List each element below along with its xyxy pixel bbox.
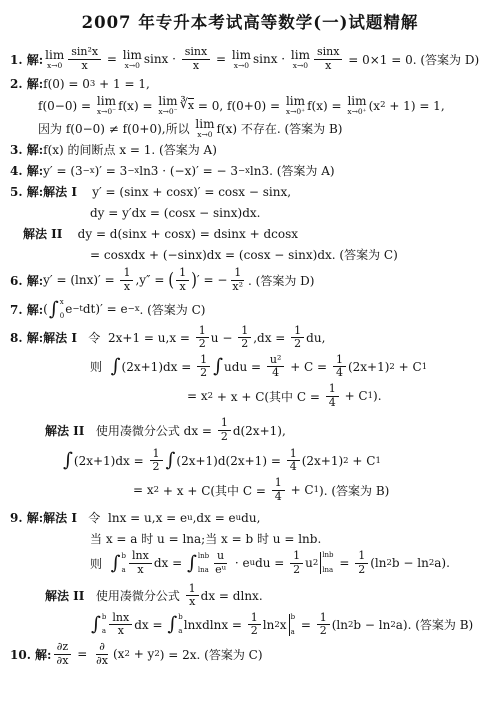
text-run: + C = (286, 360, 331, 374)
fraction: sin²xx (68, 46, 101, 72)
subscript: 1 (375, 457, 380, 466)
limit-operator: limx→0 (195, 118, 214, 139)
text-run: ln3 · (−x)′ = − 3 (139, 164, 238, 178)
solution-lines: 1. 解:limx→0sin²xx = limx→0sinx · sinxx =… (10, 46, 490, 667)
text-run: a). (434, 556, 450, 570)
text-run: u − (211, 331, 236, 345)
text-run: (x (113, 647, 124, 661)
limit-operator: limx→0⁺ (286, 95, 305, 116)
text-run: dt (83, 302, 96, 316)
text-run: 7. 解: (10, 301, 43, 318)
fraction: 12 (196, 325, 209, 351)
text-run: 使用凑微分公式 (84, 587, 183, 604)
superscript: −x (127, 167, 139, 176)
text-run: ′ = e (100, 302, 128, 316)
text-run: (2x+1) (348, 360, 389, 374)
superscript: −x (128, 305, 140, 314)
superscript: −x (83, 167, 95, 176)
text-run: = 0, f(0+0) = (194, 99, 284, 113)
solution-line: 因为 f(0−0) ≠ f(0+0),所以 limx→0f(x) 不存在. (答… (38, 118, 490, 139)
text-run: dy = y′dx = (cosx − sinx)dx. (90, 206, 260, 220)
fraction: 12 (317, 612, 330, 638)
integral-sign: ∫x0 (49, 299, 64, 320)
text-run: udu = (224, 360, 265, 374)
text-run: ln3. (答案为 A) (250, 162, 335, 179)
text-run: dx = (134, 618, 166, 632)
solution-line: 3. 解:f(x) 的间断点 x = 1. (答案为 A) (10, 140, 490, 159)
limit-operator: limx→0 (232, 49, 251, 70)
text-run: (2x+1) (302, 454, 343, 468)
evaluation-bar: lnblna (320, 552, 333, 574)
document: 2007 年专升本考试高等数学(一)试题精解 1. 解:limx→0sin²xx… (0, 0, 496, 667)
text-run: + C (395, 360, 422, 374)
fraction: 12 (218, 417, 231, 443)
solution-line: f(0−0) = limx→0⁻f(x) = limx→0⁻∛x = 0, f(… (38, 95, 490, 116)
text-run: f(x) 的间断点 x = 1. (答案为 A) (43, 141, 217, 158)
solution-line: 当 x = a 时 u = lna;当 x = b 时 u = lnb. (90, 529, 490, 548)
text-run: + 1 = 1, (95, 77, 149, 91)
text-run: + x + C(其中 C = (159, 482, 270, 499)
text-run: 3. 解: (10, 141, 43, 158)
solution-line: = x2 + x + C(其中 C = 14 + C1). (187, 383, 490, 409)
text-run: sinx · (144, 52, 180, 66)
solution-line: 6. 解:y′ = (lnx)′ = 1x,y″ = (1x)′ = −1x².… (10, 267, 490, 293)
fraction: lnxx (129, 550, 152, 576)
text-run: 6. 解: (10, 272, 43, 289)
solution-line: 解法 II 使用凑微分公式 1xdx = dlnx. (45, 583, 490, 609)
text-run: ). (373, 389, 382, 403)
solution-line: 则 ∫(2x+1)dx = 12∫udu = u²4 + C = 14(2x+1… (90, 354, 490, 380)
text-run: . (答案为 C) (140, 301, 206, 318)
text-run: du, (241, 511, 260, 525)
fraction: 14 (272, 477, 285, 503)
text-run: = (336, 556, 354, 570)
fraction: 14 (333, 354, 346, 380)
text-run: b − ln (392, 556, 429, 570)
fraction: 12 (248, 612, 261, 638)
text-run: 8. 解:解法 I (10, 329, 77, 346)
integral-sign: ∫ba (91, 614, 106, 635)
text-run: 令 2x+1 = u,x = (77, 329, 194, 346)
superscript: −t (72, 305, 83, 314)
integral-sign: ∫lnblna (187, 553, 209, 574)
integral-sign: ∫ (213, 357, 223, 376)
text-run: d(2x+1), (233, 424, 286, 438)
solution-line: dy = y′dx = (cosx − sinx)dx. (90, 203, 490, 222)
limit-operator: limx→0⁻ (97, 95, 116, 116)
text-run: f(0) = 0 (43, 77, 90, 91)
text-run: (ln (332, 618, 348, 632)
text-run: 2. 解: (10, 75, 43, 92)
limit-operator: limx→0⁺ (347, 95, 366, 116)
fraction: 1x (186, 583, 199, 609)
text-run: ,y″ = (135, 273, 168, 287)
text-run: 4. 解: (10, 162, 43, 179)
fraction: 1x² (229, 267, 246, 293)
text-run: = x (133, 483, 154, 497)
limit-operator: limx→0 (291, 49, 310, 70)
solution-line: 1. 解:limx→0sin²xx = limx→0sinx · sinxx =… (10, 46, 490, 72)
text-run: du, (306, 331, 325, 345)
text-run: lnxdlnx = (184, 618, 246, 632)
solution-line: 4. 解:y′ = (3−x)′ = 3−xln3 · (−x)′ = − 3−… (10, 161, 490, 180)
evaluation-bar: ba (289, 614, 295, 636)
fraction: sinxx (182, 46, 210, 72)
text-run: = 0×1 = 0. (答案为 D) (344, 51, 479, 68)
text-run: f(x) = (118, 99, 156, 113)
text-run: + C (287, 483, 314, 497)
fraction: ueᵘ (212, 550, 229, 576)
limit-operator: limx→0 (45, 49, 64, 70)
text-run: (2x+1)d(2x+1) = (176, 454, 284, 468)
solution-line: 则 ∫balnxxdx = ∫lnblnaueᵘ · eudu = 12u2ln… (90, 550, 490, 576)
text-run: 1. 解: (10, 51, 43, 68)
text-run: + C (341, 389, 368, 403)
fraction: 12 (197, 354, 210, 380)
text-run: f(0−0) = (38, 99, 95, 113)
integral-sign: ∫ba (111, 553, 126, 574)
text-run: 9. 解:解法 I (10, 509, 77, 526)
text-run: y′ = (3 (43, 164, 83, 178)
solution-line: = x2 + x + C(其中 C = 14 + C1). (答案为 B) (133, 477, 490, 503)
text-run: + y (130, 647, 154, 661)
fraction: ∂z∂x (54, 641, 72, 667)
solution-line: ∫balnxxdx = ∫balnxdlnx = 12ln2xba = 12(l… (90, 612, 490, 638)
solution-line: 2. 解:f(0) = 03 + 1 = 1, (10, 74, 490, 93)
document-title: 2007 年专升本考试高等数学(一)试题精解 (10, 9, 490, 33)
text-run: ,dx = e (193, 511, 236, 525)
subscript: 1 (422, 363, 427, 372)
fraction: sinxx (314, 46, 342, 72)
text-run: ,dx = (253, 331, 289, 345)
text-run: b − ln (353, 618, 390, 632)
limit-operator: limx→0 (123, 49, 142, 70)
text-run: 因为 f(0−0) ≠ f(0+0),所以 (38, 120, 193, 137)
fraction: 12 (355, 550, 368, 576)
text-run: = (103, 52, 121, 66)
superscript: −x (238, 167, 250, 176)
text-run: 5. 解:解法 I (10, 183, 77, 200)
text-run: y′ = (sinx + cosx)′ = cosx − sinx, (77, 185, 291, 199)
fraction: lnxx (109, 612, 132, 638)
fraction: 12 (290, 550, 303, 576)
solution-line: 7. 解:(∫x0e−tdt)′ = e−x. (答案为 C) (10, 299, 490, 320)
text-run: 解法 II (45, 422, 84, 439)
fraction: ∂∂x (93, 641, 111, 667)
text-run: sinx · (253, 52, 289, 66)
text-run: 解法 II (45, 587, 84, 604)
fraction: 12 (291, 325, 304, 351)
text-run: ). (答案为 B) (319, 482, 389, 499)
text-run: ′ = − (197, 273, 227, 287)
text-run: + 1) = 1, (386, 99, 445, 113)
cube-root-radical: ∛x (180, 98, 195, 113)
text-run: dx = dlnx. (201, 589, 263, 603)
text-run: (ln (370, 556, 386, 570)
text-run: f(x) = (307, 99, 345, 113)
text-run: 令 lnx = u,x = e (77, 509, 187, 526)
text-run: 则 (90, 358, 110, 375)
fraction: u²4 (267, 354, 285, 380)
text-run: u (305, 556, 313, 570)
integral-sign: ∫ (166, 451, 176, 470)
text-run: )′ = 3 (95, 164, 128, 178)
paren: ( (168, 271, 174, 290)
text-run: (x (369, 99, 380, 113)
fraction: 12 (150, 448, 163, 474)
text-run: = x (187, 389, 208, 403)
text-run: = (297, 618, 315, 632)
limit-operator: limx→0⁻ (158, 95, 177, 116)
fraction: 14 (287, 448, 300, 474)
text-run: 解法 II (23, 225, 62, 242)
text-run: ln (263, 618, 275, 632)
fraction: 1x (176, 267, 189, 293)
integral-sign: ∫ba (167, 614, 182, 635)
text-run: (2x+1)dx = (74, 454, 148, 468)
text-run: ) = 2x. (答案为 C) (160, 646, 263, 663)
text-run: (2x+1)dx = (122, 360, 196, 374)
solution-line: 8. 解:解法 I 令 2x+1 = u,x = 12u − 12,dx = 1… (10, 325, 490, 351)
integral-sign: ∫ (111, 357, 121, 376)
text-run: 则 (90, 555, 110, 572)
text-run: = (73, 647, 91, 661)
text-run: 使用凑微分公式 dx = (84, 422, 215, 439)
text-run: ( (43, 302, 48, 316)
solution-line: 解法 II 使用凑微分公式 dx = 12d(2x+1), (45, 417, 490, 443)
text-run: dx = (154, 556, 186, 570)
text-run: 10. 解: (10, 646, 52, 663)
text-run: e (65, 302, 72, 316)
fraction: 12 (238, 325, 251, 351)
text-run: du = (255, 556, 288, 570)
text-run: = (212, 52, 230, 66)
text-run: · e (231, 556, 250, 570)
text-run: = cosxdx + (−sinx)dx = (cosx − sinx)dx. … (90, 246, 398, 263)
superscript: 2 (313, 559, 318, 568)
solution-line: = cosxdx + (−sinx)dx = (cosx − sinx)dx. … (90, 245, 490, 264)
text-run: x (280, 618, 287, 632)
solution-line: 解法 II dy = d(sinx + cosx) = dsinx + dcos… (23, 224, 490, 243)
text-run: a). (答案为 B) (396, 616, 473, 633)
text-run: y′ = (lnx)′ = (43, 273, 118, 287)
fraction: 14 (326, 383, 339, 409)
solution-line: 10. 解:∂z∂x = ∂∂x(x2 + y2) = 2x. (答案为 C) (10, 641, 490, 667)
text-run: f(x) 不存在. (答案为 B) (216, 120, 342, 137)
solution-line: 9. 解:解法 I 令 lnx = u,x = eu,dx = eudu, (10, 508, 490, 527)
text-run: + C (349, 454, 376, 468)
integral-sign: ∫ (63, 451, 73, 470)
text-run: + x + C(其中 C = (213, 388, 324, 405)
text-run: dy = d(sinx + cosx) = dsinx + dcosx (62, 227, 298, 241)
solution-line: ∫(2x+1)dx = 12∫(2x+1)d(2x+1) = 14(2x+1)2… (62, 448, 490, 474)
paren: ) (191, 271, 197, 290)
text-run: 当 x = a 时 u = lna;当 x = b 时 u = lnb. (90, 530, 321, 547)
fraction: 1x (120, 267, 133, 293)
text-run: . (答案为 D) (248, 272, 314, 289)
solution-line: 5. 解:解法 I y′ = (sinx + cosx)′ = cosx − s… (10, 182, 490, 201)
